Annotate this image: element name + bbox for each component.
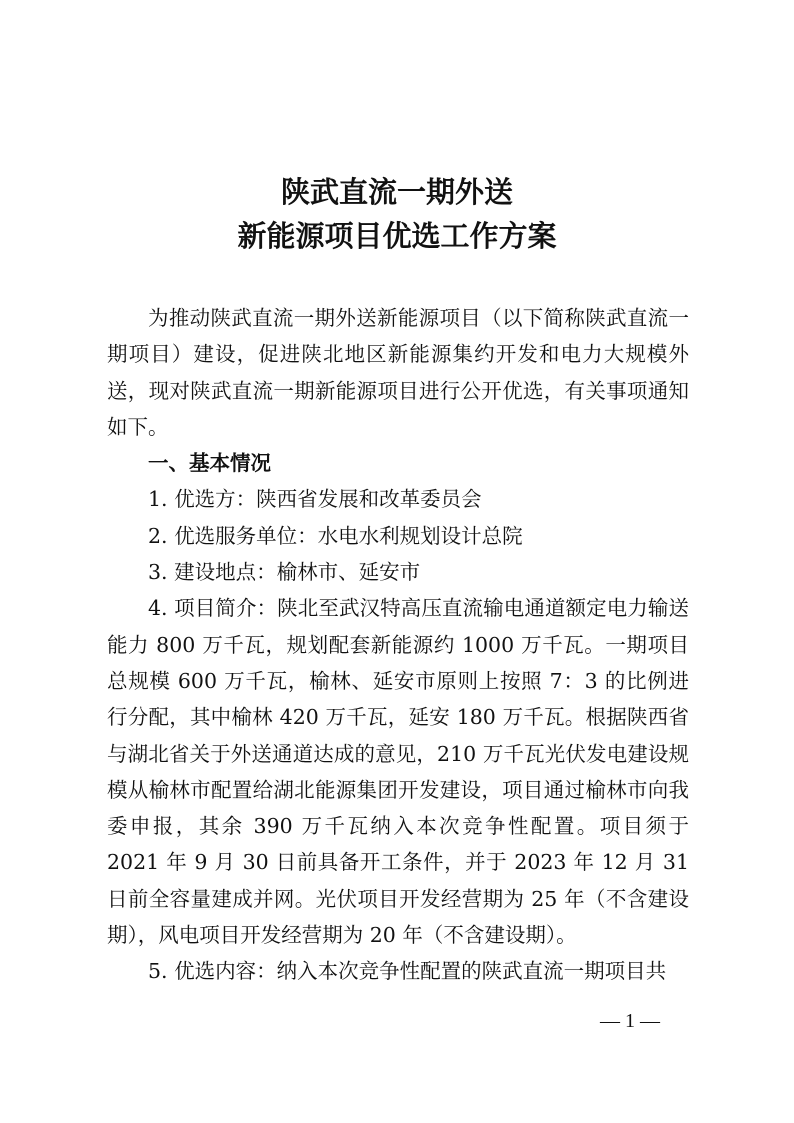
section-heading-basic-info: 一、基本情况 xyxy=(107,445,689,481)
item-selector: 1. 优选方：陕西省发展和改革委员会 xyxy=(107,481,689,517)
item-service-unit: 2. 优选服务单位：水电水利规划设计总院 xyxy=(107,518,689,554)
item-selection-content: 5. 优选内容：纳入本次竞争性配置的陕武直流一期项目共 xyxy=(107,953,689,989)
page-number: — 1 — xyxy=(594,1010,666,1033)
document-body: 为推动陕武直流一期外送新能源项目（以下简称陕武直流一期项目）建设，促进陕北地区新… xyxy=(107,300,689,990)
item-project-summary: 4. 项目简介：陕北至武汉特高压直流输电通道额定电力输送能力 800 万千瓦，规… xyxy=(107,590,689,953)
document-page: 陕武直流一期外送 新能源项目优选工作方案 为推动陕武直流一期外送新能源项目（以下… xyxy=(0,0,794,1123)
intro-paragraph: 为推动陕武直流一期外送新能源项目（以下简称陕武直流一期项目）建设，促进陕北地区新… xyxy=(107,300,689,445)
item-location: 3. 建设地点：榆林市、延安市 xyxy=(107,554,689,590)
document-title-line-1: 陕武直流一期外送 xyxy=(0,170,794,211)
document-title-line-2: 新能源项目优选工作方案 xyxy=(0,214,794,255)
